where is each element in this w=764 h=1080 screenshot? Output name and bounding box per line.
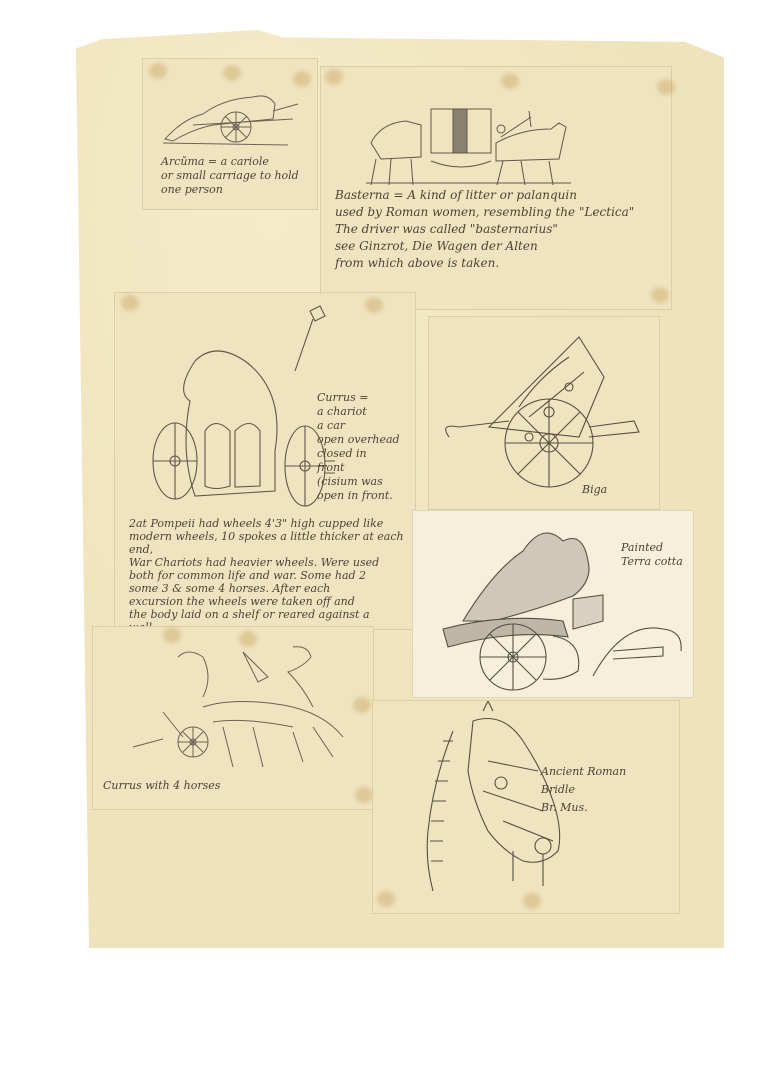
basterna-slip: Basterna = A kind of litter or palanquin… xyxy=(320,66,672,310)
arcuma-slip: Arcŭma = a cariole or small carriage to … xyxy=(142,58,318,210)
terracotta-caption: Painted Terra cotta xyxy=(621,541,691,569)
biga-slip: Biga xyxy=(428,316,660,510)
currus-chariot-sketch xyxy=(135,301,335,521)
terracotta-slip: Painted Terra cotta xyxy=(412,510,694,698)
terracotta-chariot-sketch xyxy=(413,511,693,697)
currus-caption: Currus = a chariot a car open overhead c… xyxy=(317,391,413,503)
basterna-caption: Basterna = A kind of litter or palanquin… xyxy=(335,187,665,272)
bridle-slip: Ancient Roman Bridle Br. Mus. xyxy=(372,700,680,914)
four-horses-slip: Currus with 4 horses xyxy=(92,626,374,810)
four-horses-sketch xyxy=(93,627,373,777)
arcuma-carriage-sketch xyxy=(143,59,317,159)
arcuma-caption: Arcŭma = a cariole or small carriage to … xyxy=(161,155,317,197)
bridle-caption: Ancient Roman Bridle Br. Mus. xyxy=(541,763,661,817)
biga-caption: Biga xyxy=(582,483,642,497)
four-horses-caption: Currus with 4 horses xyxy=(103,779,303,793)
currus-notes: 2at Pompeii had wheels 4'3" high cupped … xyxy=(129,517,419,634)
currus-slip: Currus = a chariot a car open overhead c… xyxy=(114,292,416,630)
biga-chariot-sketch xyxy=(429,317,659,507)
basterna-litter-sketch xyxy=(321,67,671,187)
